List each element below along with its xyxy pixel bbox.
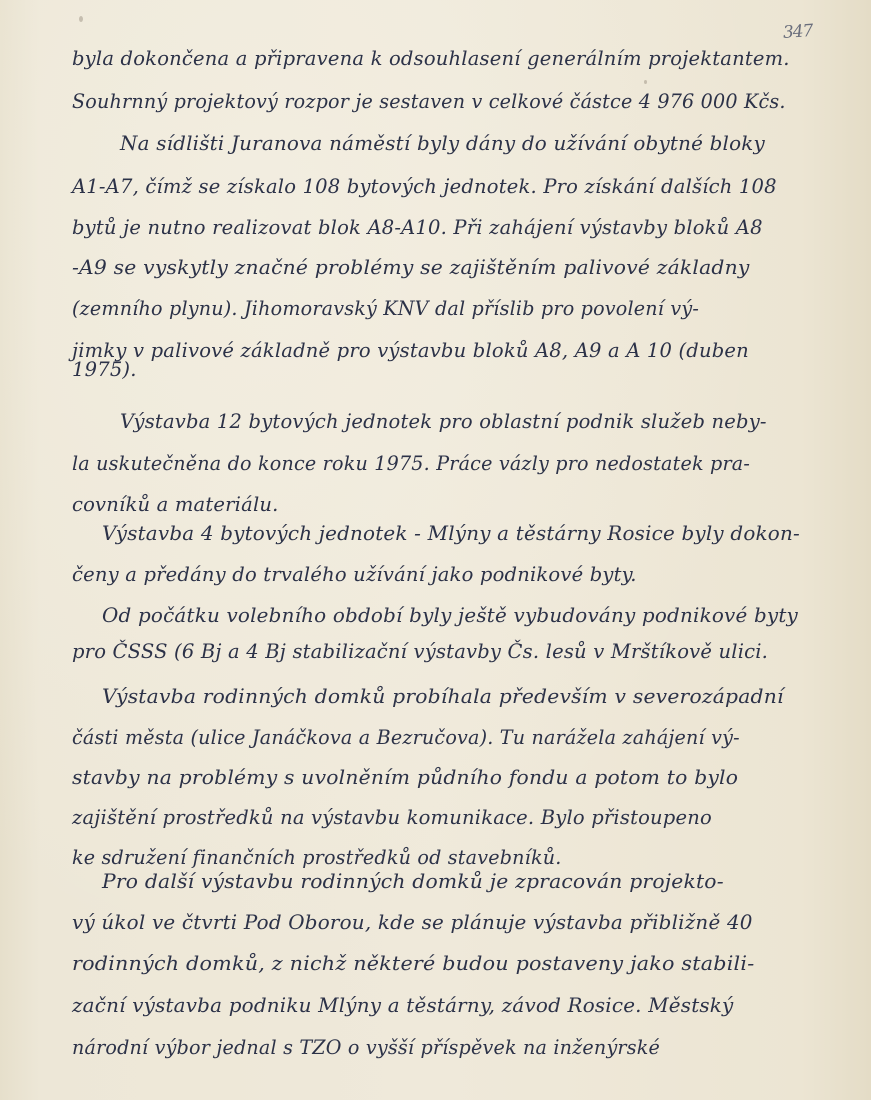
text-line: (zemního plynu). Jihomoravský KNV dal př… (72, 297, 699, 320)
text-line: byla dokončena a připravena k odsouhlase… (72, 47, 790, 70)
paper-stain (644, 80, 647, 84)
text-line: la uskutečněna do konce roku 1975. Práce… (72, 452, 750, 475)
text-line: stavby na problémy s uvolněním půdního f… (72, 766, 738, 789)
text-line: -A9 se vyskytly značné problémy se zajiš… (72, 256, 750, 279)
paper-stain (79, 16, 83, 22)
text-line: Souhrnný projektový rozpor je sestaven v… (72, 90, 786, 113)
text-line: 1975). (72, 358, 137, 381)
text-line: zajištění prostředků na výstavbu komunik… (72, 806, 712, 829)
text-line: ke sdružení finančních prostředků od sta… (72, 846, 562, 869)
text-line: části města (ulice Janáčkova a Bezručova… (72, 726, 740, 749)
text-line: A1-A7, čímž se získalo 108 bytových jedn… (72, 175, 777, 198)
text-line: bytů je nutno realizovat blok A8-A10. Př… (72, 216, 763, 239)
text-line: Na sídlišti Juranova náměstí byly dány d… (120, 132, 765, 155)
page-number: 347 (782, 21, 813, 43)
text-line: Výstavba rodinných domků probíhala přede… (102, 685, 784, 708)
text-line: vý úkol ve čtvrti Pod Oborou, kde se plá… (72, 911, 753, 934)
text-line: covníků a materiálu. (72, 493, 279, 516)
manuscript-page: 347 byla dokončena a připravena k odsouh… (0, 0, 871, 1100)
text-line: Pro další výstavbu rodinných domků je zp… (102, 870, 724, 893)
text-line: zační výstavba podniku Mlýny a těstárny,… (72, 994, 734, 1017)
text-line: pro ČSSS (6 Bj a 4 Bj stabilizační výsta… (72, 640, 768, 663)
text-line: rodinných domků, z nichž některé budou p… (72, 952, 754, 975)
text-line: čeny a předány do trvalého užívání jako … (72, 563, 637, 586)
text-line: Výstavba 12 bytových jednotek pro oblast… (120, 410, 767, 433)
text-line: Od počátku volebního období byly ještě v… (102, 604, 798, 627)
text-line: Výstavba 4 bytových jednotek - Mlýny a t… (102, 522, 800, 545)
text-line: jimky v palivové základně pro výstavbu b… (72, 339, 749, 362)
text-line: národní výbor jednal s TZO o vyšší přísp… (72, 1036, 660, 1059)
